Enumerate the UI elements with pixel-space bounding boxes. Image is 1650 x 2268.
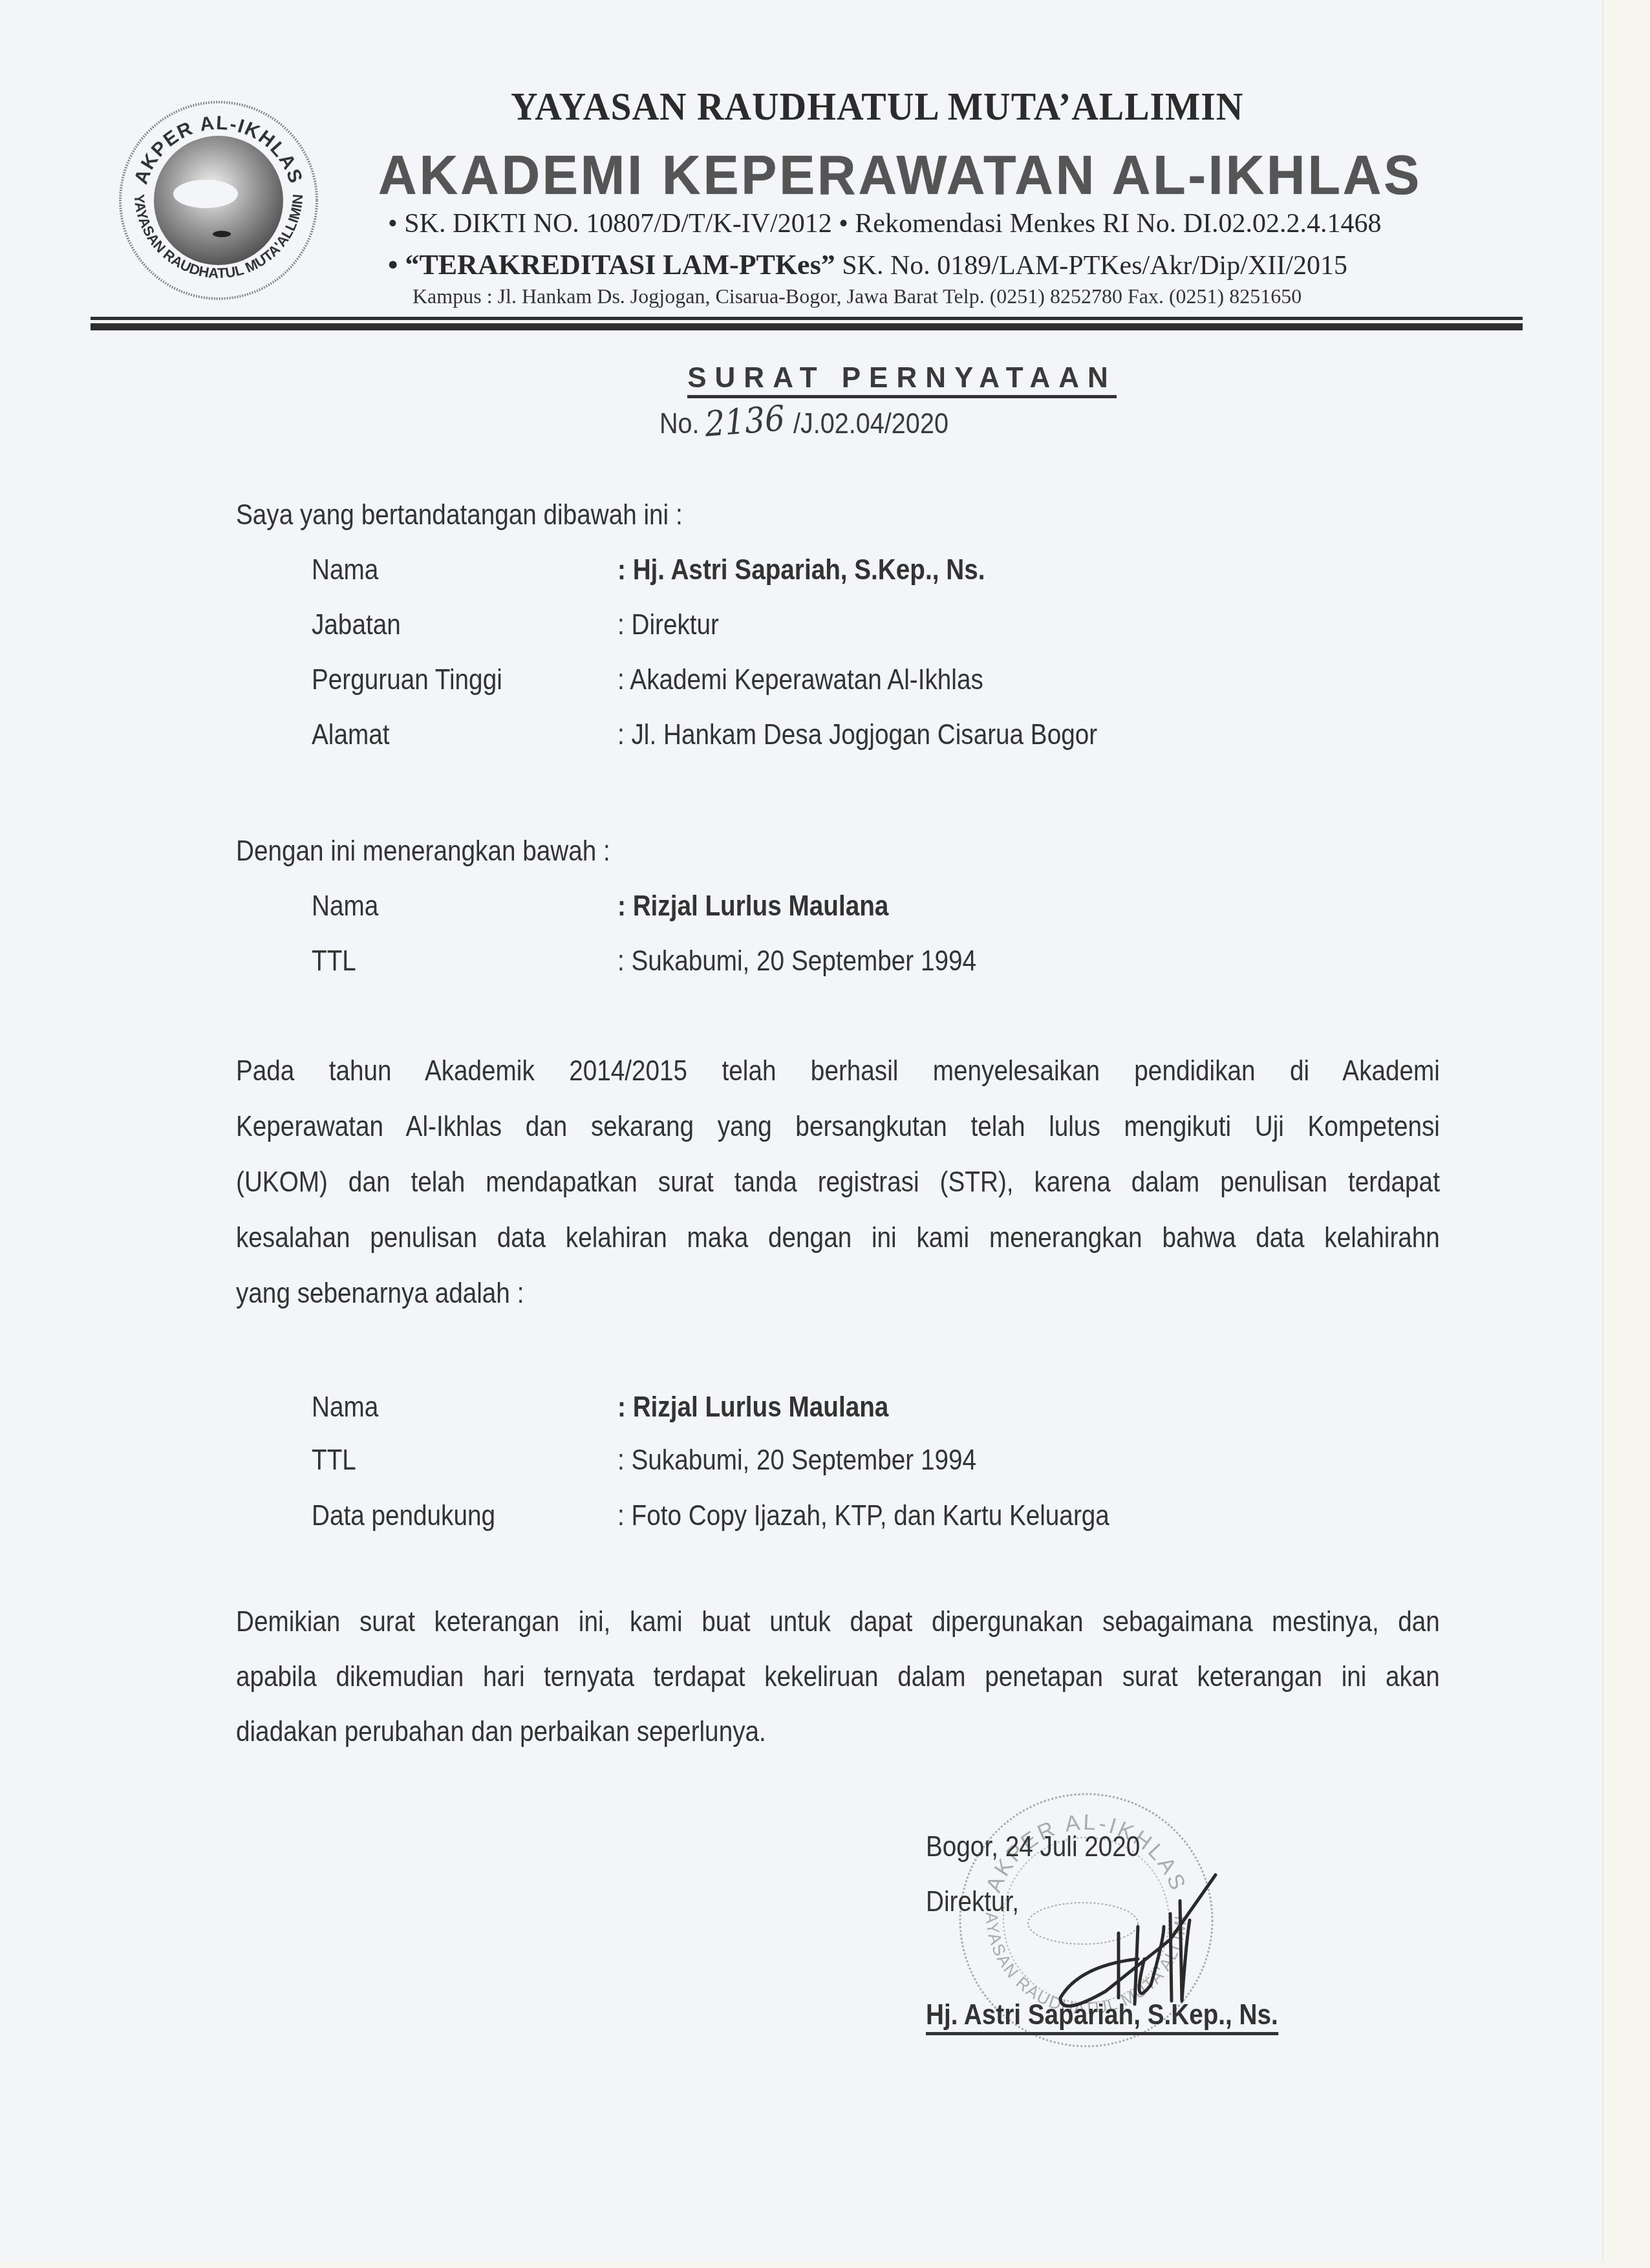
foundation-name: YAYASAN RAUDHATUL MUTA’ALLIMIN	[511, 84, 1243, 130]
letter-page: AKPER AL-IKHLAS YAYASAN RAUDHATUL MUTA'A…	[0, 0, 1602, 2262]
signatory-intro: Saya yang bertandatangan dibawah ini :	[236, 498, 683, 531]
signature-place-date: Bogor, 24 Juli 2020	[926, 1830, 1140, 1863]
handwritten-number: 2136	[704, 398, 786, 444]
field-label: TTL	[312, 1443, 356, 1477]
field-value: : Foto Copy Ijazah, KTP, dan Kartu Kelua…	[617, 1499, 1109, 1532]
accreditation-number: SK. No. 0189/LAM-PTKes/Akr/Dip/XII/2015	[835, 251, 1347, 281]
document-title: SURAT PERNYATAAN	[0, 362, 1650, 394]
field-value: : Sukabumi, 20 September 1994	[617, 1443, 976, 1477]
paragraph-line: (UKOM) dan telah mendapatkan surat tanda…	[236, 1165, 1440, 1199]
paragraph-line: apabila dikemudian hari ternyata terdapa…	[236, 1660, 1440, 1693]
akper-al-ikhlas-seal-icon: AKPER AL-IKHLAS YAYASAN RAUDHATUL MUTA'A…	[115, 97, 322, 304]
field-value: : Direktur	[617, 608, 719, 641]
handwritten-signature-icon	[1009, 1862, 1222, 2011]
field-value: : Rizjal Lurlus Maulana	[617, 889, 888, 923]
license-line: • SK. DIKTI NO. 10807/D/T/K-IV/2012 • Re…	[388, 208, 1382, 239]
paragraph-line: Keperawatan Al-Ikhlas dan sekarang yang …	[236, 1109, 1440, 1143]
field-value: : Hj. Astri Sapariah, S.Kep., Ns.	[617, 553, 985, 586]
field-label: Alamat	[312, 718, 389, 751]
paragraph-line: Pada tahun Akademik 2014/2015 telah berh…	[236, 1054, 1440, 1087]
accreditation-status: • “TERAKREDITASI LAM-PTKes”	[388, 249, 835, 281]
paragraph-line: yang sebenarnya adalah :	[236, 1276, 1440, 1310]
paragraph-line: diadakan perubahan dan perbaikan seperlu…	[236, 1715, 1440, 1748]
field-label: Nama	[312, 889, 378, 923]
field-label: TTL	[312, 944, 356, 978]
field-label: Nama	[312, 553, 378, 586]
field-label: Data pendukung	[312, 1499, 495, 1532]
document-number: No.2136/J.02.04/2020	[659, 401, 948, 442]
paragraph-line: Demikian surat keterangan ini, kami buat…	[236, 1605, 1440, 1638]
signature-position: Direktur,	[926, 1885, 1019, 1918]
field-label: Jabatan	[312, 608, 401, 641]
campus-address: Kampus : Jl. Hankam Ds. Jogjogan, Cisaru…	[412, 284, 1302, 308]
field-value: : Jl. Hankam Desa Jogjogan Cisarua Bogor	[617, 718, 1097, 751]
letterhead-divider-thick	[91, 323, 1523, 330]
signatory-name: Hj. Astri Sapariah, S.Kep., Ns.	[926, 1998, 1278, 2031]
institution-name: AKADEMI KEPERAWATAN AL-IKHLAS	[378, 144, 1422, 208]
paragraph-line: kesalahan penulisan data kelahiran maka …	[236, 1221, 1440, 1254]
subject-intro: Dengan ini menerangkan bawah :	[236, 834, 610, 868]
field-label: Nama	[312, 1390, 378, 1424]
letterhead-divider-thin	[91, 317, 1523, 320]
field-value: : Sukabumi, 20 September 1994	[617, 944, 976, 978]
field-value: : Akademi Keperawatan Al-Ikhlas	[617, 663, 983, 696]
field-value: : Rizjal Lurlus Maulana	[617, 1390, 888, 1424]
field-label: Perguruan Tinggi	[312, 663, 502, 696]
accreditation-line: • “TERAKREDITASI LAM-PTKes” SK. No. 0189…	[388, 248, 1347, 281]
